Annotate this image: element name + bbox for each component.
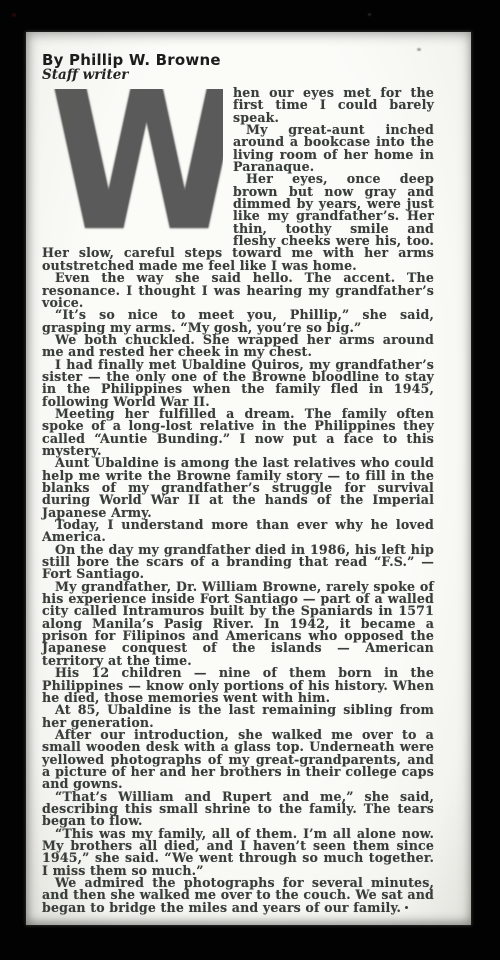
paragraph: I had finally met Ubaldine Quiros, my gr… <box>42 359 434 408</box>
paragraph: Meeting her fulfilled a dream. The famil… <box>42 408 434 457</box>
paragraph: Even the way she said hello. The accent.… <box>42 272 434 309</box>
article-body: W hen our eyes met for the first time I … <box>42 87 434 914</box>
dropcap-w: W <box>49 89 216 236</box>
newspaper-clipping-page: By Phillip W. Browne Staff writer W hen … <box>26 32 471 925</box>
paragraph: “It’s so nice to meet you, Phillip,” she… <box>42 309 434 334</box>
scan-black-surround: By Phillip W. Browne Staff writer W hen … <box>0 0 500 960</box>
paragraph: At 85, Ubaldine is the last remaining si… <box>42 704 434 729</box>
byline-role: Staff writer <box>42 68 434 83</box>
article-content: By Phillip W. Browne Staff writer W hen … <box>42 52 434 914</box>
scan-speck <box>417 48 421 51</box>
byline: By Phillip W. Browne <box>42 52 434 68</box>
paragraph: Aunt Ubaldine is among the last relative… <box>42 457 434 519</box>
paragraph: On the day my grandfather died in 1986, … <box>42 544 434 581</box>
paragraph: Today, I understand more than ever why h… <box>42 519 434 544</box>
paragraph: After our introduction, she walked me ov… <box>42 729 434 791</box>
scan-speck <box>12 13 16 17</box>
paragraph: His 12 children — nine of them born in t… <box>42 667 434 704</box>
scan-speck <box>368 13 371 16</box>
paragraph: We admired the photographs for several m… <box>42 877 434 914</box>
paragraph: “That’s William and Rupert and me,” she … <box>42 791 434 828</box>
dropcap-letter: W <box>42 89 223 236</box>
scan-stray-dot <box>405 906 408 909</box>
paragraph: My grandfather, Dr. William Browne, rare… <box>42 581 434 667</box>
paragraph: “This was my family, all of them. I’m al… <box>42 828 434 877</box>
paragraph: We both chuckled. She wrapped her arms a… <box>42 334 434 359</box>
